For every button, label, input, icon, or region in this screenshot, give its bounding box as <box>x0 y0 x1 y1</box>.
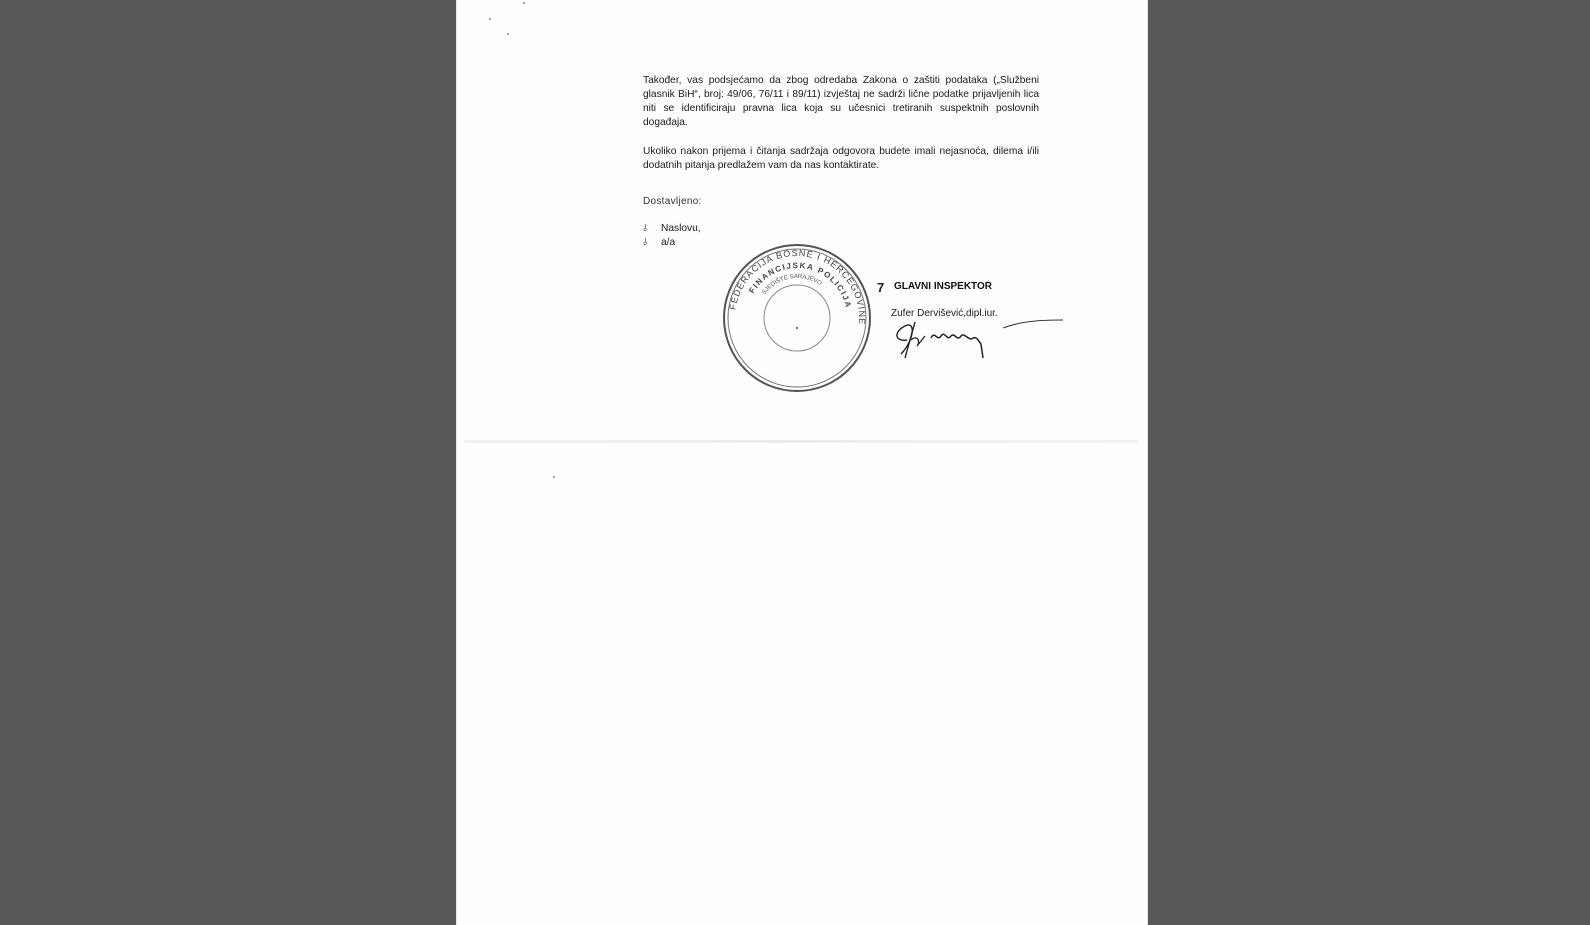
document-viewer: Također, vas podsjećamo da zbog odredaba… <box>0 0 1590 925</box>
delivered-item: ⫰ a/a <box>643 236 701 250</box>
svg-text:FEDERACIJA BOSNE I HERCEGOVINE: FEDERACIJA BOSNE I HERCEGOVINE <box>728 248 868 326</box>
scan-speck <box>507 33 509 35</box>
stamp-outer-text: FEDERACIJA BOSNE I HERCEGOVINE <box>728 248 868 326</box>
bullet-icon: ⫰ <box>643 222 661 236</box>
marker-icon: 7 <box>877 280 884 295</box>
delivered-item-text: a/a <box>661 236 675 250</box>
paragraph-contact: Ukoliko nakon prijema i čitanja sadržaja… <box>643 145 1039 173</box>
scan-speck <box>523 2 525 4</box>
delivered-item-text: Naslovu, <box>661 222 701 236</box>
official-stamp-icon: FEDERACIJA BOSNE I HERCEGOVINE FINANCIJS… <box>721 242 873 394</box>
paragraph-data-protection: Također, vas podsjećamo da zbog odredaba… <box>643 74 1039 130</box>
bullet-icon: ⫰ <box>643 236 661 250</box>
delivered-label: Dostavljeno: <box>643 196 702 207</box>
signatory-title: GLAVNI INSPEKTOR <box>894 281 992 292</box>
delivered-list: ⫰ Naslovu, ⫰ a/a <box>643 222 701 250</box>
scan-speck <box>489 18 491 20</box>
delivered-item: ⫰ Naslovu, <box>643 222 701 236</box>
signature-icon <box>887 312 1067 367</box>
scan-artifact <box>465 440 1139 443</box>
document-page: Također, vas podsjećamo da zbog odredaba… <box>456 0 1148 925</box>
scan-speck <box>553 476 555 478</box>
